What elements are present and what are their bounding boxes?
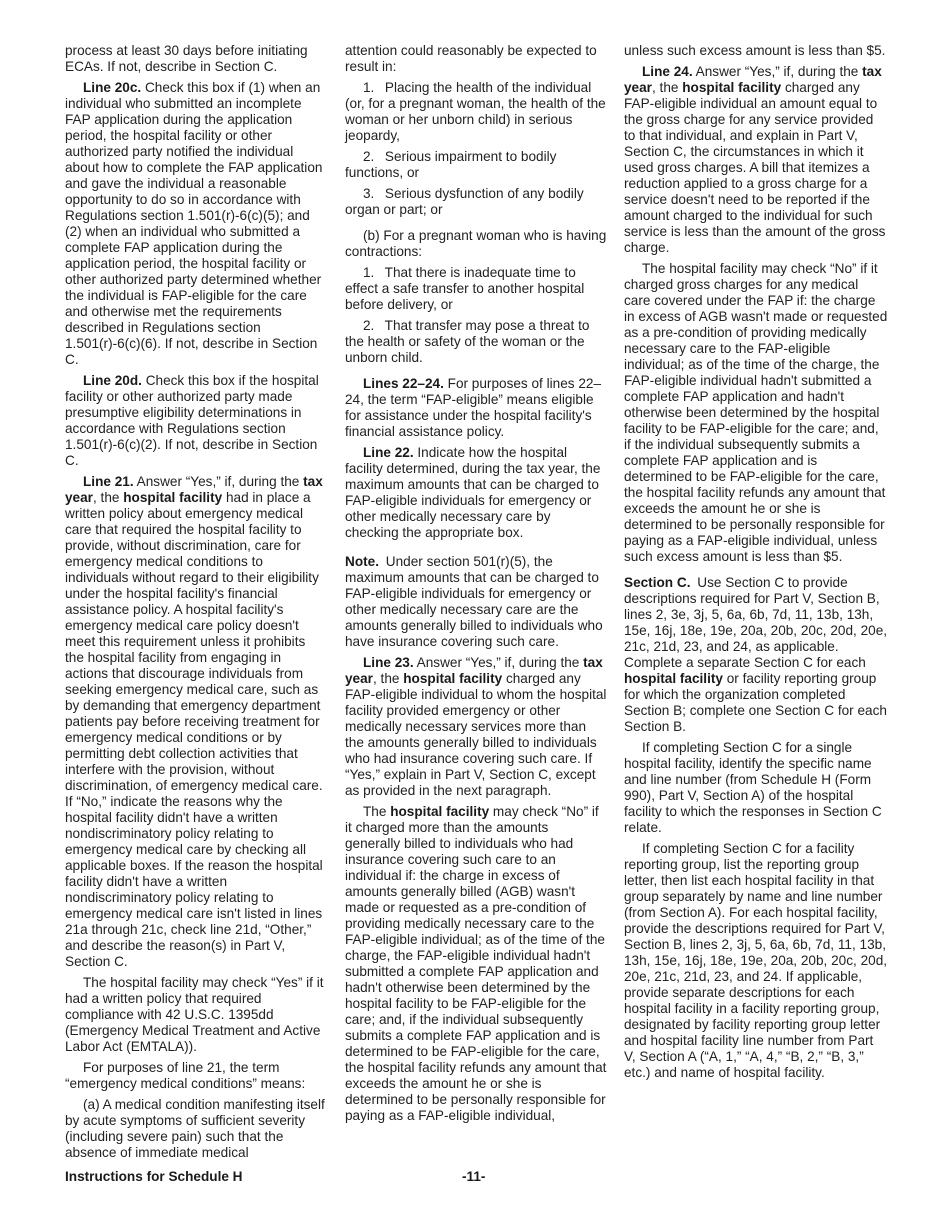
list-item-a1: 1. Placing the health of the individual … [345, 80, 607, 144]
column-right: unless such excess amount is less than $… [624, 43, 888, 1086]
paragraph-emergency-conditions-definition: For purposes of line 21, the term “emerg… [65, 1060, 327, 1092]
term-hospital-facility: hospital facility [123, 490, 222, 505]
paragraph-continuation: unless such excess amount is less than $… [624, 43, 888, 59]
line-21-heading: Line 21. [83, 474, 134, 489]
term-hospital-facility: hospital facility [682, 80, 781, 95]
paragraph-line-24: Line 24. Answer “Yes,” if, during the ta… [624, 64, 888, 256]
paragraph-line-21: Line 21. Answer “Yes,” if, during the ta… [65, 474, 327, 970]
note-heading: Note. [345, 554, 379, 569]
footer-document-title: Instructions for Schedule H [65, 1169, 243, 1184]
term-hospital-facility: hospital facility [403, 671, 502, 686]
section-c-heading: Section C. [624, 575, 690, 590]
note-paragraph: Note. Under section 501(r)(5), the maxim… [345, 554, 607, 650]
paragraph-line-23: Line 23. Answer “Yes,” if, during the ta… [345, 655, 607, 799]
paragraph-line-20c: Line 20c. Check this box if (1) when an … [65, 80, 327, 368]
list-item-a3: 3. Serious dysfunction of any bodily org… [345, 186, 607, 218]
page-number: -11- [462, 1169, 485, 1184]
term-hospital-facility: hospital facility [624, 671, 723, 686]
column-left: process at least 30 days before initiati… [65, 43, 327, 1166]
line-24-heading: Line 24. [642, 64, 693, 79]
list-item-a2: 2. Serious impairment to bodily function… [345, 149, 607, 181]
line-22-heading: Line 22. [363, 445, 414, 460]
paragraph-continuation: process at least 30 days before initiati… [65, 43, 327, 75]
line-20c-heading: Line 20c. [83, 80, 141, 95]
paragraph-emtala: The hospital facility may check “Yes” if… [65, 975, 327, 1055]
column-middle: attention could reasonably be expected t… [345, 43, 607, 1129]
lines-22-24-heading: Lines 22–24. [363, 376, 444, 391]
paragraph-line-23-no-exception: The hospital facility may check “No” if … [345, 804, 607, 1124]
paragraph-continuation: attention could reasonably be expected t… [345, 43, 607, 75]
line-23-heading: Line 23. [363, 655, 414, 670]
list-item-b1: 1. That there is inadequate time to effe… [345, 265, 607, 313]
list-item-b2: 2. That transfer may pose a threat to th… [345, 318, 607, 366]
paragraph-reporting-group: If completing Section C for a facility r… [624, 841, 888, 1081]
paragraph-condition-b: (b) For a pregnant woman who is having c… [345, 228, 607, 260]
line-20d-heading: Line 20d. [83, 373, 142, 388]
paragraph-single-facility: If completing Section C for a single hos… [624, 740, 888, 836]
paragraph-condition-a: (a) A medical condition manifesting itse… [65, 1097, 327, 1161]
paragraph-line-20d: Line 20d. Check this box if the hospital… [65, 373, 327, 469]
term-hospital-facility: hospital facility [390, 804, 489, 819]
paragraph-line-24-no-exception: The hospital facility may check “No” if … [624, 261, 888, 565]
paragraph-line-22: Line 22. Indicate how the hospital facil… [345, 445, 607, 541]
paragraph-section-c: Section C. Use Section C to provide desc… [624, 575, 888, 735]
paragraph-lines-22-24: Lines 22–24. For purposes of lines 22–24… [345, 376, 607, 440]
